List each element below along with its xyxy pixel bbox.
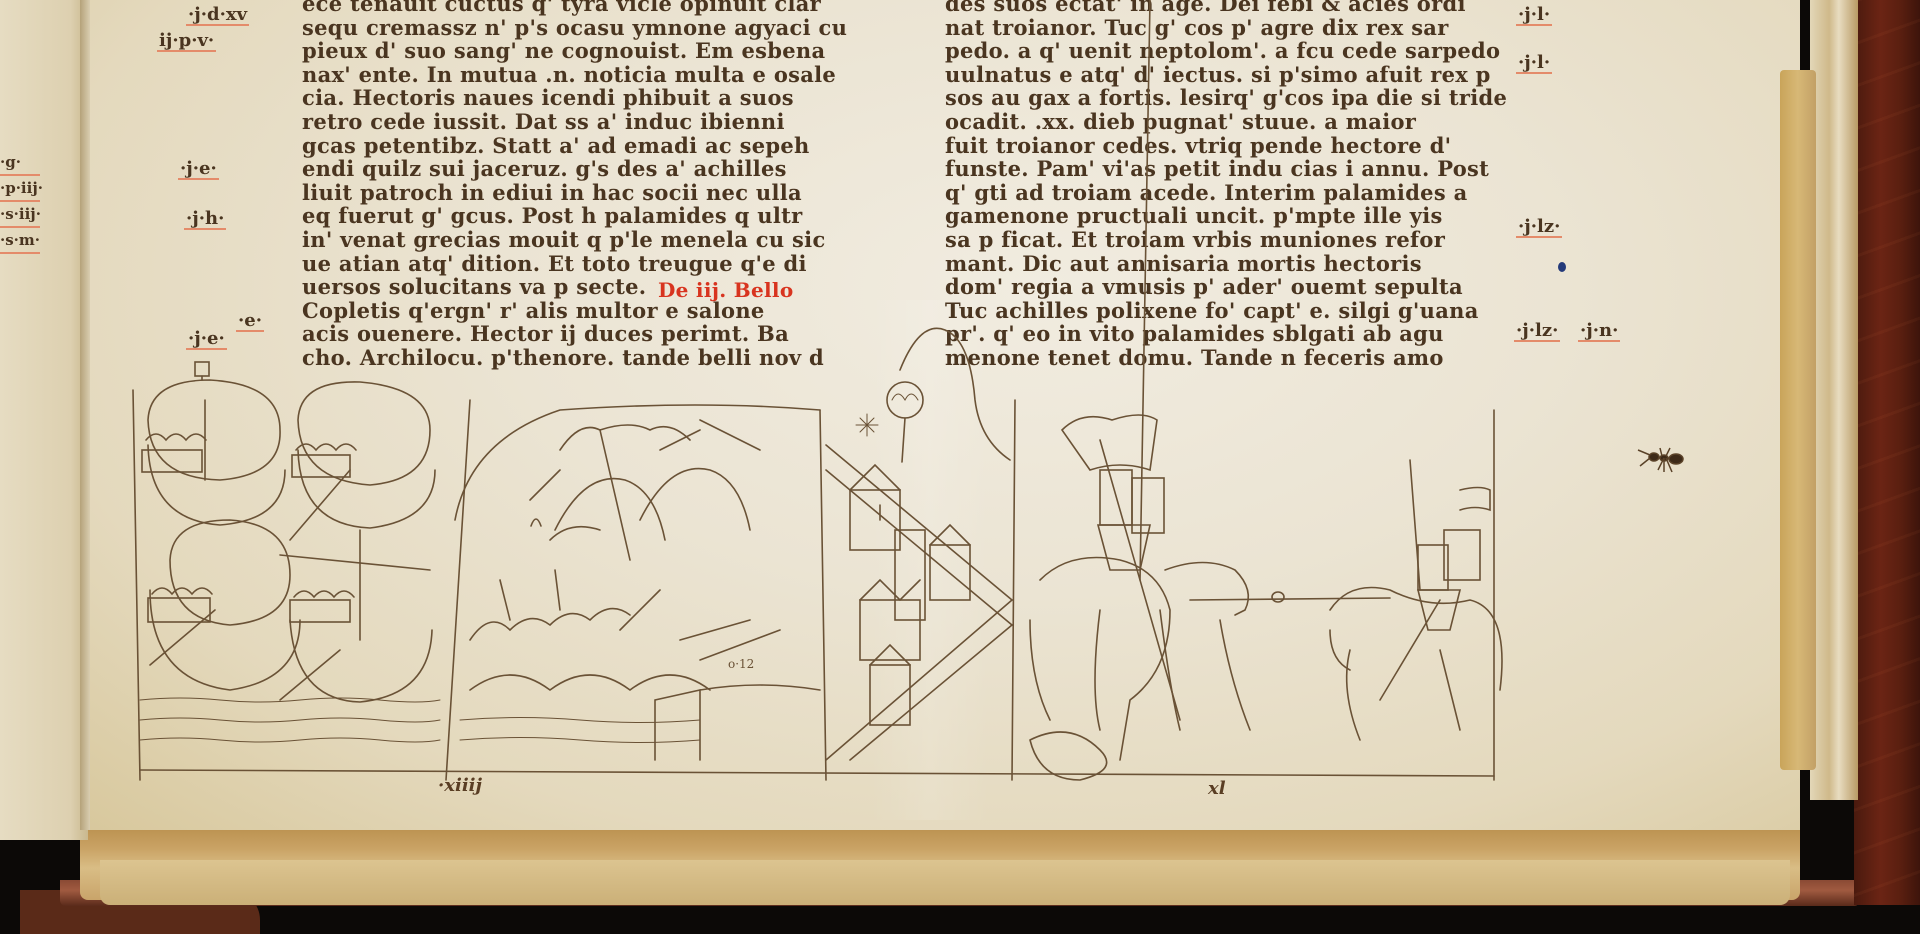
joust-drawing [1030, 0, 1502, 780]
battle-drawing: o·12 [455, 405, 820, 760]
ink-blot [1558, 262, 1566, 272]
city-drawing [826, 328, 1012, 760]
svg-text:o·12: o·12 [728, 657, 754, 671]
folio-mark-right: xl [1208, 778, 1226, 799]
ships-drawing [140, 362, 440, 742]
ant-drawing [1632, 440, 1692, 480]
folio-mark-left: ·xiiij [438, 775, 482, 796]
